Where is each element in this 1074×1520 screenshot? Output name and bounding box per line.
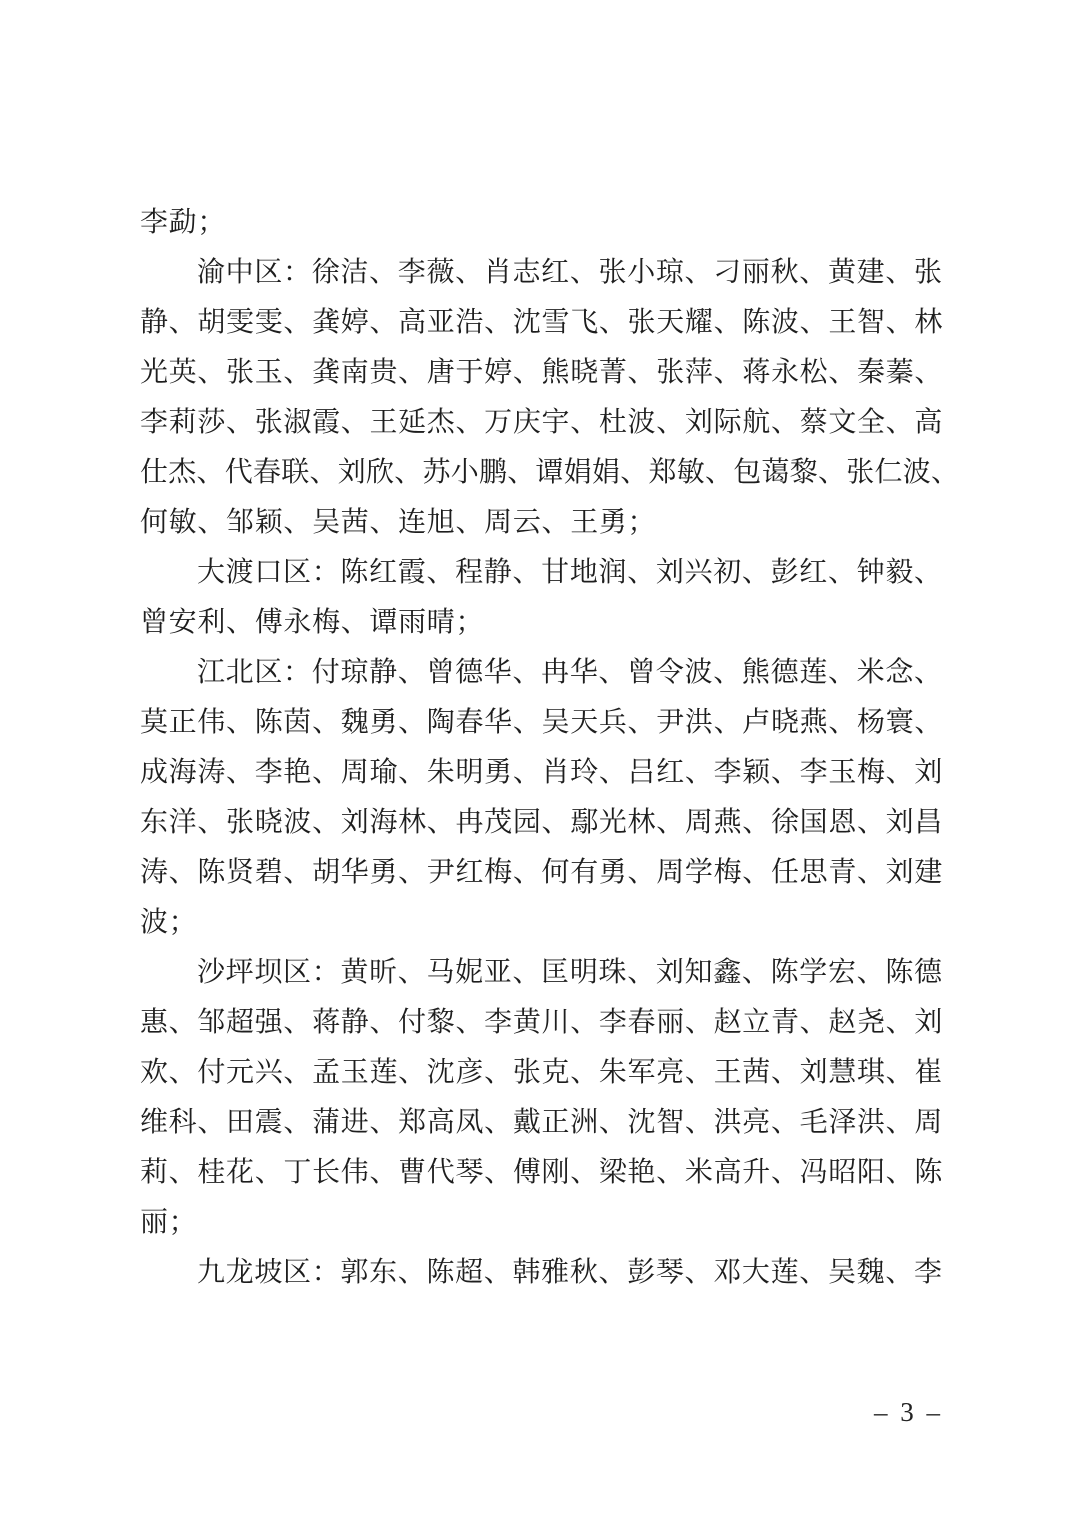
page-number: – 3 – — [874, 1392, 943, 1432]
text-line: 大渡口区：陈红霞、程静、甘地润、刘兴初、彭红、钟毅、 — [140, 548, 970, 598]
text-line: 成海涛、李艳、周瑜、朱明勇、肖玲、吕红、李颖、李玉梅、刘 — [140, 748, 970, 798]
text-line: 光英、张玉、龚南贵、唐于婷、熊晓菁、张萍、蒋永松、秦蓁、 — [140, 348, 970, 398]
text-line: 仕杰、代春联、刘欣、苏小鹏、谭娟娟、郑敏、包蔼黎、张仁波、 — [140, 448, 970, 498]
text-line: 曾安利、傅永梅、谭雨晴； — [140, 598, 970, 648]
text-line: 李莉莎、张淑霞、王延杰、万庆宇、杜波、刘际航、蔡文全、高 — [140, 398, 970, 448]
text-line: 渝中区：徐洁、李薇、肖志红、张小琼、刁丽秋、黄建、张 — [140, 248, 970, 298]
text-line: 沙坪坝区：黄昕、马妮亚、匡明珠、刘知鑫、陈学宏、陈德 — [140, 948, 970, 998]
text-line: 丽； — [140, 1198, 970, 1248]
text-line: 欢、付元兴、孟玉莲、沈彦、张克、朱军亮、王茜、刘慧琪、崔 — [140, 1048, 970, 1098]
text-line: 东洋、张晓波、刘海林、冉茂园、鄢光林、周燕、徐国恩、刘昌 — [140, 798, 970, 848]
text-line: 维科、田震、蒲进、郑高凤、戴正洲、沈智、洪亮、毛泽洪、周 — [140, 1098, 970, 1148]
text-line: 涛、陈贤碧、胡华勇、尹红梅、何有勇、周学梅、任思青、刘建 — [140, 848, 970, 898]
text-line: 惠、邹超强、蒋静、付黎、李黄川、李春丽、赵立青、赵尧、刘 — [140, 998, 970, 1048]
text-line: 莉、桂花、丁长伟、曹代琴、傅刚、梁艳、米高升、冯昭阳、陈 — [140, 1148, 970, 1198]
document-page: 李勐；渝中区：徐洁、李薇、肖志红、张小琼、刁丽秋、黄建、张静、胡雯雯、龚婷、高亚… — [0, 0, 1074, 1520]
text-line: 江北区：付琼静、曾德华、冉华、曾令波、熊德莲、米念、 — [140, 648, 970, 698]
text-line: 何敏、邹颖、吴茜、连旭、周云、王勇； — [140, 498, 970, 548]
text-line: 九龙坡区：郭东、陈超、韩雅秋、彭琴、邓大莲、吴魏、李 — [140, 1248, 970, 1298]
text-line: 静、胡雯雯、龚婷、高亚浩、沈雪飞、张天耀、陈波、王智、林 — [140, 298, 970, 348]
text-line: 莫正伟、陈茵、魏勇、陶春华、吴天兵、尹洪、卢晓燕、杨寰、 — [140, 698, 970, 748]
text-line: 李勐； — [140, 198, 970, 248]
text-line: 波； — [140, 898, 970, 948]
document-body: 李勐；渝中区：徐洁、李薇、肖志红、张小琼、刁丽秋、黄建、张静、胡雯雯、龚婷、高亚… — [140, 198, 970, 1298]
